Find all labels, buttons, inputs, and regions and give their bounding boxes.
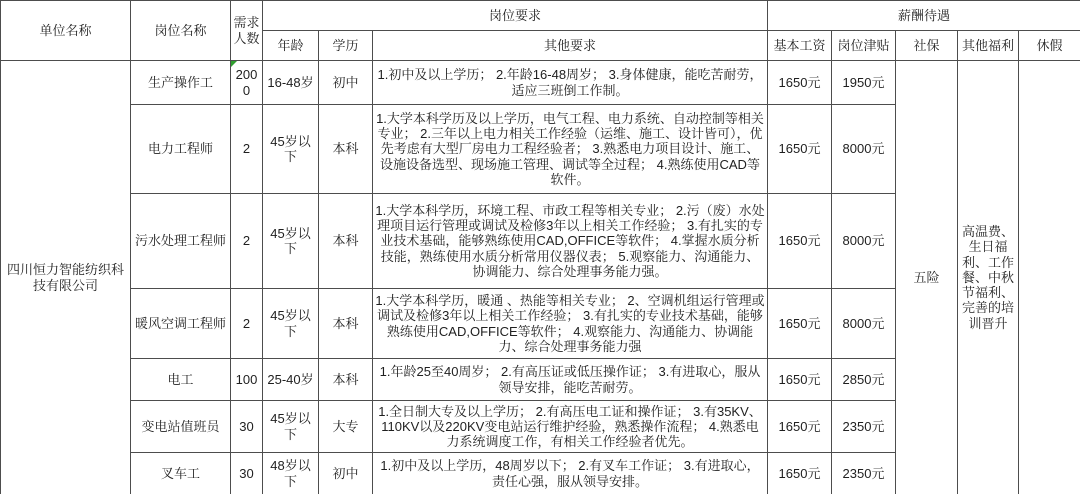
col-header-other-benefits: 其他福利 [958,31,1019,61]
post-allowance-cell: 2350元 [832,401,896,453]
education-cell: 本科 [319,359,373,401]
post-allowance-cell: 2850元 [832,359,896,401]
headcount-value: 2000 [236,67,258,97]
post-allowance-cell: 2350元 [832,453,896,494]
headcount-cell: 2 [231,289,263,359]
age-cell: 48岁以下 [263,453,319,494]
col-header-education: 学历 [319,31,373,61]
col-header-post-allowance: 岗位津贴 [832,31,896,61]
education-cell: 初中 [319,453,373,494]
position-cell: 叉车工 [131,453,231,494]
age-cell: 45岁以下 [263,105,319,194]
education-cell: 初中 [319,61,373,105]
base-salary-cell: 1650元 [768,359,832,401]
headcount-cell: 30 [231,453,263,494]
position-cell: 生产操作工 [131,61,231,105]
post-allowance-cell: 8000元 [832,194,896,289]
education-cell: 本科 [319,194,373,289]
col-group-salary: 薪酬待遇 [768,1,1080,31]
base-salary-cell: 1650元 [768,61,832,105]
education-cell: 本科 [319,289,373,359]
job-postings-table: 单位名称 岗位名称 需求人数 岗位要求 薪酬待遇 年龄 学历 其他要求 基本工资… [0,0,1080,494]
education-cell: 大专 [319,401,373,453]
col-header-base-salary: 基本工资 [768,31,832,61]
age-cell: 45岁以下 [263,401,319,453]
headcount-cell: 30 [231,401,263,453]
table-row: 四川恒力智能纺织科技有限公司 生产操作工 2000 16-48岁 初中 1.初中… [1,61,1080,105]
position-cell: 电工 [131,359,231,401]
base-salary-cell: 1650元 [768,105,832,194]
headcount-cell: 2 [231,105,263,194]
education-cell: 本科 [319,105,373,194]
post-allowance-cell: 8000元 [832,105,896,194]
company-name-cell: 四川恒力智能纺织科技有限公司 [1,61,131,494]
col-header-vacation: 休假 [1019,31,1080,61]
other-requirements-cell: 1.初中及以上学历； 2.年龄16-48周岁； 3.身体健康，能吃苦耐劳，适应三… [373,61,768,105]
age-cell: 45岁以下 [263,289,319,359]
col-group-requirements: 岗位要求 [263,1,768,31]
vacation-cell [1019,61,1080,494]
col-header-other-requirements: 其他要求 [373,31,768,61]
other-benefits-cell: 高温费、生日福利、工作餐、中秋节福利、完善的培训晋升 [958,61,1019,494]
social-insurance-cell: 五险 [896,61,958,494]
position-cell: 暖风空调工程师 [131,289,231,359]
position-cell: 污水处理工程师 [131,194,231,289]
other-requirements-cell: 1.大学本科学历及以上学历，电气工程、电力系统、自动控制等相关专业； 2.三年以… [373,105,768,194]
base-salary-cell: 1650元 [768,453,832,494]
other-requirements-cell: 1.大学本科学历，暖通 、热能等相关专业； 2、空调机组运行管理或调试及检修3年… [373,289,768,359]
excel-corner-flag-icon [231,61,237,67]
col-header-social-insurance: 社保 [896,31,958,61]
position-cell: 电力工程师 [131,105,231,194]
col-header-unit-name: 单位名称 [1,1,131,61]
header-row-groups: 单位名称 岗位名称 需求人数 岗位要求 薪酬待遇 [1,1,1080,31]
post-allowance-cell: 1950元 [832,61,896,105]
age-cell: 16-48岁 [263,61,319,105]
base-salary-cell: 1650元 [768,289,832,359]
headcount-cell: 2000 [231,61,263,105]
other-requirements-cell: 1.初中及以上学历，48周岁以下； 2.有叉车工作证； 3.有进取心，责任心强，… [373,453,768,494]
age-cell: 45岁以下 [263,194,319,289]
headcount-cell: 100 [231,359,263,401]
col-header-position-name: 岗位名称 [131,1,231,61]
other-requirements-cell: 1.年龄25至40周岁； 2.有高压证或低压操作证； 3.有进取心，服从领导安排… [373,359,768,401]
base-salary-cell: 1650元 [768,401,832,453]
headcount-cell: 2 [231,194,263,289]
col-header-age: 年龄 [263,31,319,61]
base-salary-cell: 1650元 [768,194,832,289]
col-header-headcount: 需求人数 [231,1,263,61]
position-cell: 变电站值班员 [131,401,231,453]
other-requirements-cell: 1.大学本科学历，环境工程、市政工程等相关专业； 2.污（废）水处理项目运行管理… [373,194,768,289]
other-requirements-cell: 1.全日制大专及以上学历； 2.有高压电工证和操作证； 3.有35KV、110K… [373,401,768,453]
age-cell: 25-40岁 [263,359,319,401]
post-allowance-cell: 8000元 [832,289,896,359]
